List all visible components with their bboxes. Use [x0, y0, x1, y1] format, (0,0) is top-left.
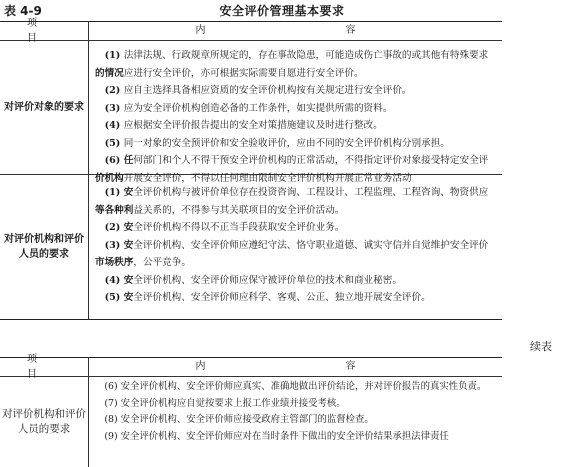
- table-row: 对评价机构和评价人员的要求 (6) 安全评价机构、安全评价师应真实、准确地做出评…: [0, 377, 502, 467]
- header-content: 内 容: [89, 358, 502, 376]
- header-content: 内 容: [89, 22, 502, 40]
- table-row: 对评价对象的要求 (1) 法律法规、行政规章所规定的，存在事故隐患，可能造成伤亡…: [0, 41, 502, 175]
- paragraph: (6) 安全评价机构、安全评价师应真实、准确地做出评价结论，并对评价报告的真实性…: [95, 379, 496, 396]
- paragraph: (5) 安全评价机构、安全评价师应科学、客观、公正、独立地开展安全评价。: [95, 289, 496, 307]
- requirements-table-continued: 项 目 内 容 对评价机构和评价人员的要求 (6) 安全评价机构、安全评价师应真…: [0, 357, 502, 467]
- table-header-row: 项 目 内 容: [0, 22, 502, 41]
- paragraph: (4) 应根据安全评价报告提出的安全对策措施建议及时进行整改。: [95, 117, 496, 135]
- header-item: 项 目: [0, 358, 89, 376]
- paragraph: (1) 安全评价机构与被评价单位存在投资咨询、工程设计、工程监理、工程咨询、物资…: [95, 184, 496, 219]
- paragraph: (7) 安全评价机构应自觉按要求上报工作业绩并接受考核。: [95, 396, 496, 413]
- row-item: 对评价对象的要求: [0, 41, 89, 174]
- continued-label: 续表: [530, 338, 552, 354]
- paragraph: (4) 安全评价机构、安全评价师应保守被评价单位的技术和商业秘密。: [95, 272, 496, 290]
- paragraph: (8) 安全评价机构、安全评价师应接受政府主管部门的监督检查。: [95, 412, 496, 429]
- paragraph: (9) 安全评价机构、安全评价师应对在当时条件下做出的安全评价结果承担法律责任: [95, 429, 496, 446]
- table-row: 对评价机构和评价人员的要求 (1) 安全评价机构与被评价单位存在投资咨询、工程设…: [0, 175, 502, 319]
- header-item: 项 目: [0, 22, 89, 40]
- row-item: 对评价机构和评价人员的要求: [0, 175, 89, 319]
- row-item: 对评价机构和评价人员的要求: [0, 377, 89, 467]
- requirements-table: 项 目 内 容 对评价对象的要求 (1) 法律法规、行政规章所规定的，存在事故隐…: [0, 21, 502, 320]
- paragraph: (3) 应为安全评价机构创造必备的工作条件，如实提供所需的资料。: [95, 100, 496, 118]
- paragraph: (1) 法律法规、行政规章所规定的，存在事故隐患，可能造成伤亡事故的或其他有特殊…: [95, 47, 496, 82]
- paragraph: (5) 同一对象的安全预评价和安全验收评价，应由不同的安全评价机构分别承担。: [95, 135, 496, 153]
- paragraph: (2) 安全评价机构不得以不正当手段获取安全评价业务。: [95, 219, 496, 237]
- paragraph: (2) 应自主选择具备相应资质的安全评价机构按有关规定进行安全评价。: [95, 82, 496, 100]
- paragraph: (3) 安全评价机构、安全评价师应遵纪守法、恪守职业道德、诚实守信并自觉维护安全…: [95, 237, 496, 272]
- row-content: (6) 安全评价机构、安全评价师应真实、准确地做出评价结论，并对评价报告的真实性…: [89, 377, 502, 467]
- table-header-row: 项 目 内 容: [0, 358, 502, 377]
- row-content: (1) 法律法规、行政规章所规定的，存在事故隐患，可能造成伤亡事故的或其他有特殊…: [89, 41, 502, 174]
- row-content: (1) 安全评价机构与被评价单位存在投资咨询、工程设计、工程监理、工程咨询、物资…: [89, 175, 502, 319]
